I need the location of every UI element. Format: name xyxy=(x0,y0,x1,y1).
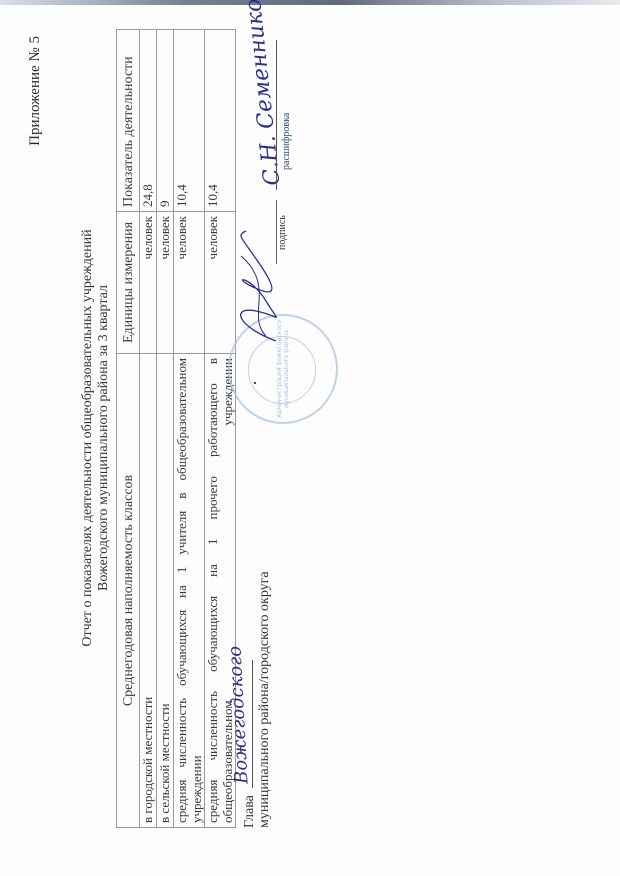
row-description: средняя численность обучающихся на 1 учи… xyxy=(174,354,205,828)
row-value: 10,4 xyxy=(174,30,205,212)
district-fill-line: Вожегодского xyxy=(240,660,253,788)
header-description: Среднегодовая наполняемость классов xyxy=(117,354,140,828)
appendix-label: Приложение № 5 xyxy=(27,36,44,146)
table-header-row: Среднегодовая наполняемость классов Един… xyxy=(117,30,140,828)
row-description-line1: средняя численность обучающихся на 1 про… xyxy=(205,358,220,823)
table-row: средняя численность обучающихся на 1 учи… xyxy=(174,30,205,828)
row-description-line2: учреждении xyxy=(189,358,204,823)
row-value: 10,4 xyxy=(205,30,236,212)
row-value: 24,8 xyxy=(140,30,157,212)
head-signature-row: Глава Вожегодского xyxy=(240,660,258,828)
header-unit: Единицы измерения xyxy=(117,212,140,354)
decoding-line xyxy=(276,40,277,190)
head-label: Глава xyxy=(242,795,257,828)
header-value: Показатель деятельности xyxy=(117,30,140,212)
signature-caption: подпись xyxy=(277,215,288,250)
report-subtitle: Вожегодского муниципального района за 3 … xyxy=(96,0,111,876)
row-unit: человек xyxy=(174,212,205,354)
row-unit: человек xyxy=(157,212,174,354)
row-description: в городской местности xyxy=(140,354,157,828)
municipal-label: муниципального района/городского округа xyxy=(257,571,273,828)
row-description-line1: средняя численность обучающихся на 1 учи… xyxy=(174,358,189,823)
report-title: Отчет о показателях деятельности общеобр… xyxy=(80,0,95,876)
report-table: Среднегодовая наполняемость классов Един… xyxy=(116,29,236,828)
document-sheet: Приложение № 5 Отчет о показателях деяте… xyxy=(0,0,620,876)
row-description: в сельской местности xyxy=(157,354,174,828)
row-unit: человек xyxy=(140,212,157,354)
row-value: 9 xyxy=(157,30,174,212)
decoding-caption: расшифровка xyxy=(281,113,292,170)
table-row: в городской местности человек 24,8 xyxy=(140,30,157,828)
handwritten-name: С.Н. Семенников xyxy=(240,0,286,187)
table-row: в сельской местности человек 9 xyxy=(157,30,174,828)
